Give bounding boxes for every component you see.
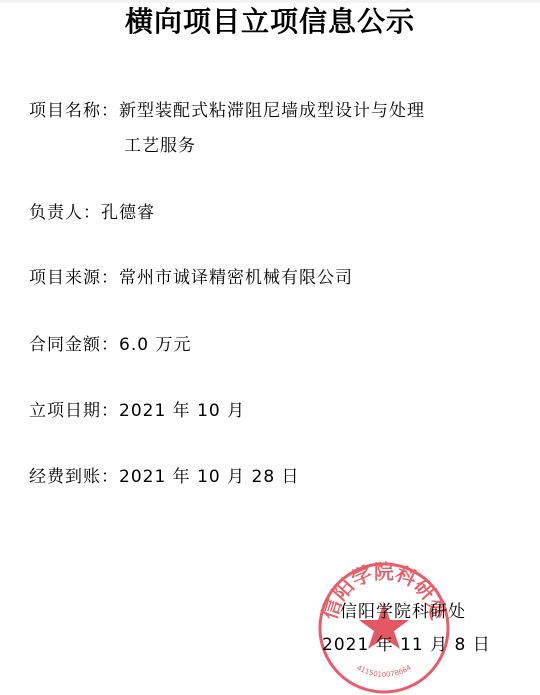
field-value: 6.0 万元 — [119, 335, 191, 355]
field-approval-date: 立项日期：2021 年 10 月 — [29, 400, 245, 422]
field-value: 新型装配式粘滞阻尼墙成型设计与处理 — [119, 101, 425, 121]
field-label: 项目来源： — [29, 268, 119, 288]
field-value: 常州市诚译精密机械有限公司 — [119, 268, 353, 288]
field-label: 经费到账： — [29, 467, 119, 487]
field-project-name-continuation: 工艺服务 — [124, 135, 196, 157]
svg-text:4115010078664: 4115010078664 — [355, 663, 413, 678]
signature-office: 信阳学院科研处 — [340, 601, 466, 623]
field-label: 合同金额： — [29, 335, 119, 355]
field-project-name: 项目名称：新型装配式粘滞阻尼墙成型设计与处理 — [29, 100, 425, 122]
page-title: 横向项目立项信息公示 — [0, 2, 540, 42]
field-source: 项目来源：常州市诚译精密机械有限公司 — [29, 267, 353, 289]
field-value: 2021 年 10 月 28 日 — [119, 467, 300, 487]
field-label: 项目名称： — [29, 101, 119, 121]
field-principal: 负责人：孔德睿 — [29, 202, 155, 224]
field-contract-amount: 合同金额：6.0 万元 — [29, 334, 191, 356]
field-label: 立项日期： — [29, 401, 119, 421]
official-seal-icon: 信阳学院科研处 4115010078664 — [316, 560, 452, 695]
field-value: 孔德睿 — [101, 203, 155, 223]
signature-date: 2021 年 11 月 8 日 — [322, 634, 491, 656]
field-label: 负责人： — [29, 203, 101, 223]
field-value: 2021 年 10 月 — [119, 401, 245, 421]
field-funds-received: 经费到账：2021 年 10 月 28 日 — [29, 466, 300, 488]
